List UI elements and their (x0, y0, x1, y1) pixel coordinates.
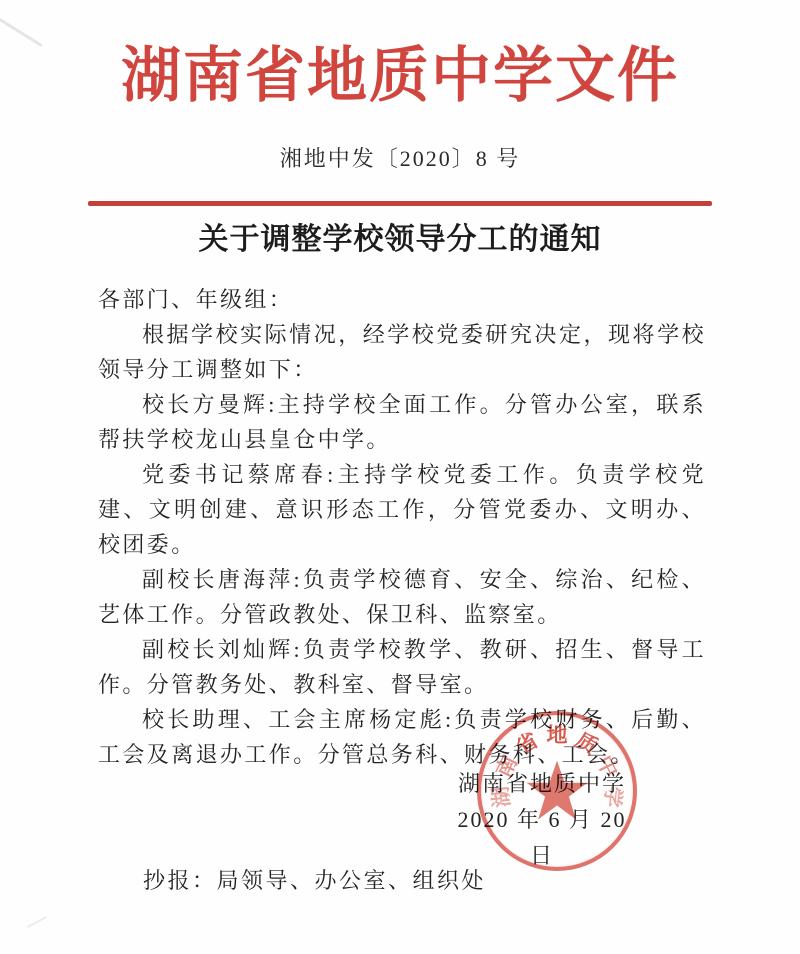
body-paragraph: 党委书记蔡席春:主持学校党委工作。负责学校党建、文明创建、意识形态工作，分管党委… (98, 457, 706, 562)
document-page: 湖南省地质中学文件 湘地中发〔2020〕8 号 关于调整学校领导分工的通知 各部… (0, 0, 800, 954)
notice-title: 关于调整学校领导分工的通知 (0, 221, 800, 259)
scan-artifact (27, 916, 47, 928)
document-number: 湘地中发〔2020〕8 号 (0, 146, 800, 172)
paragraph-list: 根据学校实际情况，经学校党委研究决定，现将学校领导分工调整如下：校长方曼辉:主持… (98, 317, 706, 772)
signature-block: 湖南省地质中学 2020 年 6 月 20 日 (452, 766, 632, 874)
body-paragraph: 根据学校实际情况，经学校党委研究决定，现将学校领导分工调整如下： (98, 317, 706, 387)
notice-body: 各部门、年级组： 根据学校实际情况，经学校党委研究决定，现将学校领导分工调整如下… (98, 282, 706, 772)
letterhead-title: 湖南省地质中学文件 (0, 0, 800, 110)
body-paragraph: 副校长刘灿辉:负责学校教学、教研、招生、督导工作。分管教务处、教科室、督导室。 (98, 632, 706, 702)
salutation: 各部门、年级组： (98, 282, 706, 317)
cc-line: 抄报：局领导、办公室、组织处 (143, 864, 486, 895)
red-divider-line (88, 201, 712, 206)
body-paragraph: 校长方曼辉:主持学校全面工作。分管办公室，联系帮扶学校龙山县皇仓中学。 (98, 387, 706, 457)
body-paragraph: 校长助理、工会主席杨定彪:负责学校财务、后勤、工会及离退办工作。分管总务科、财务… (98, 702, 706, 772)
signature-organization: 湖南省地质中学 (452, 766, 632, 802)
body-paragraph: 副校长唐海萍:负责学校德育、安全、综治、纪检、艺体工作。分管政教处、保卫科、监察… (98, 562, 706, 632)
